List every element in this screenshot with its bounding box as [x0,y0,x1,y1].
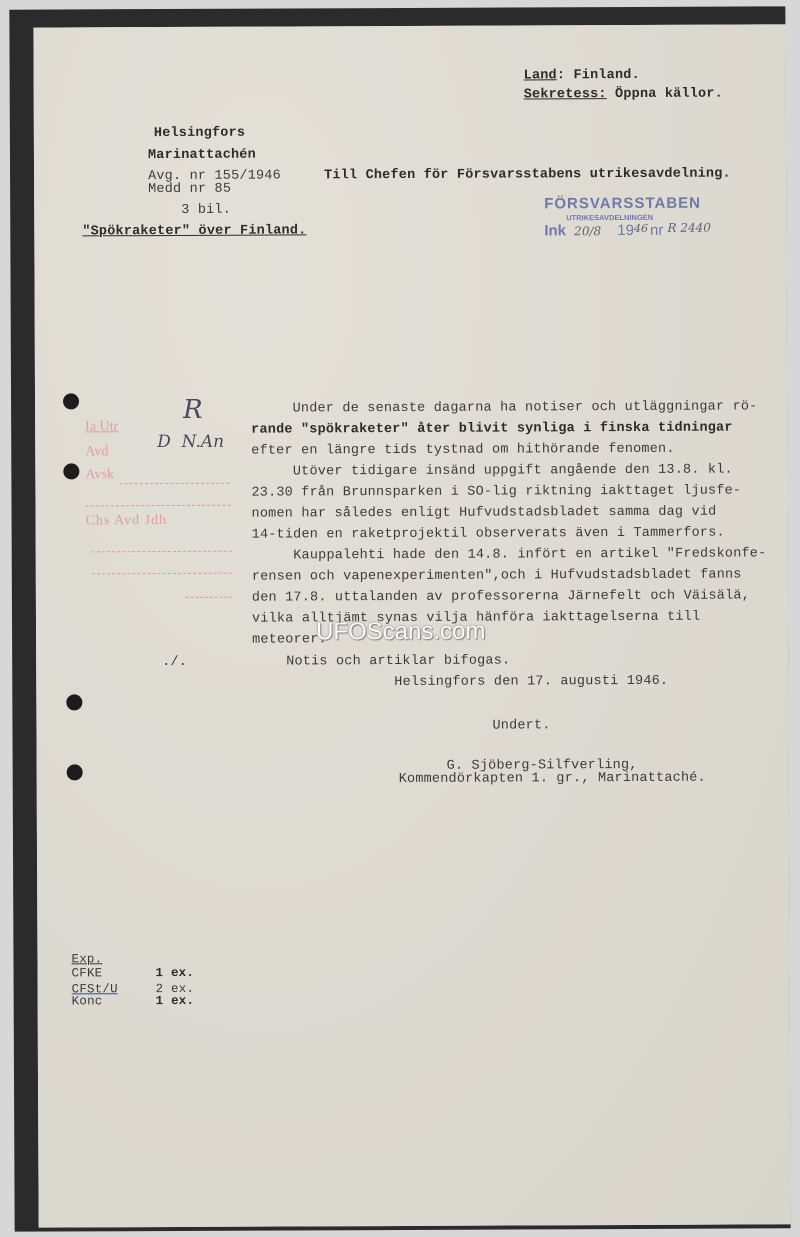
punch-hole [67,764,83,780]
routing-stamp-row: Avsk [85,467,114,483]
country-line: Land: Finland. [524,67,640,86]
body-line: den 17.8. uttalanden av professorerna Jä… [252,587,750,607]
secrecy-line: Sekretess: Öppna källor. [524,86,723,105]
routing-stamp-line [119,483,229,484]
routing-stamp-line [92,573,232,575]
stamp-ink-row: Ink 20/8 1946nr R 2440 [544,222,711,240]
routing-stamp-line [86,505,231,507]
medd-number: Medd nr 85 [148,181,231,199]
secrecy-label: Sekretess: [524,87,607,102]
body-line: 14-tiden en raketprojektil observerats ä… [252,525,725,545]
attachment-mark: ./. [162,654,187,672]
punch-hole [63,463,79,479]
distribution-copies: 1 ex. [156,966,195,980]
body-line: rensen och vapenexperimenten",och i Hufv… [252,567,742,587]
year-prefix: 19 [617,222,634,239]
place-date: Helsingfors den 17. augusti 1946. [394,673,668,692]
body-line: rande "spökraketer" åter blivit synliga … [251,420,733,440]
year-suffix: 46 [634,222,648,235]
nr-label: nr [650,222,663,239]
body-line: Utöver tidigare insänd uppgift angående … [251,462,733,482]
secrecy-value: Öppna källor. [607,87,723,103]
land-value: : Finland. [557,68,640,83]
routing-stamp-row: Avd [85,444,108,460]
routing-stamp-line [92,551,232,553]
attachment-line: Notis och artiklar bifogas. [286,653,510,672]
scan-frame: Land: Finland. Sekretess: Öppna källor. … [9,6,790,1231]
subject-line: "Spökraketer" över Finland. [82,222,306,241]
body-line: efter en längre tids tystnad om hithöran… [251,441,674,461]
received-stamp: FÖRSVARSSTABEN UTRIKESAVDELNINGEN Ink 20… [544,195,711,240]
handwritten-initial: R [183,395,203,425]
punch-hole [66,694,82,710]
recipient-line: Till Chefen för Försvarsstabens utrikesa… [324,166,731,186]
distribution-recipient: CFKE [72,966,103,980]
routing-stamp-row: Chs Avd Jdh [86,513,168,529]
body-line: nomen har således enligt Hufvudstadsblad… [252,504,717,524]
watermark: UFOScans.com [316,618,485,647]
routing-stamp-row: Ia Utr [85,419,118,435]
attachment-count: 3 bil. [181,202,231,220]
body-line: 23.30 från Brunnsparken i SO-lig riktnin… [251,483,741,503]
distribution-recipient: Konc [72,994,103,1008]
nr-handwritten: R 2440 [667,221,710,235]
handwritten-note: D N.An [157,432,224,452]
body-line: Kauppalehti hade den 14.8. infört en art… [252,545,767,565]
distribution-heading: Exp. [71,952,102,966]
ink-date: 20/8 [574,224,601,238]
land-label: Land [524,68,557,83]
body-line: Under de senaste dagarna ha notiser och … [251,398,757,418]
distribution-copies: 1 ex. [156,994,195,1008]
document-page: Land: Finland. Sekretess: Öppna källor. … [33,24,790,1227]
sender-city: Helsingfors [154,125,245,143]
undert-label: Undert. [492,717,550,735]
routing-stamp-line [186,597,232,598]
sender-office: Marinattachén [148,147,256,165]
signer-title: Kommendörkapten 1. gr., Marinattaché. [399,770,706,789]
stamp-title: FÖRSVARSSTABEN [544,195,711,213]
punch-hole [63,393,79,409]
ink-label: Ink [544,222,566,239]
